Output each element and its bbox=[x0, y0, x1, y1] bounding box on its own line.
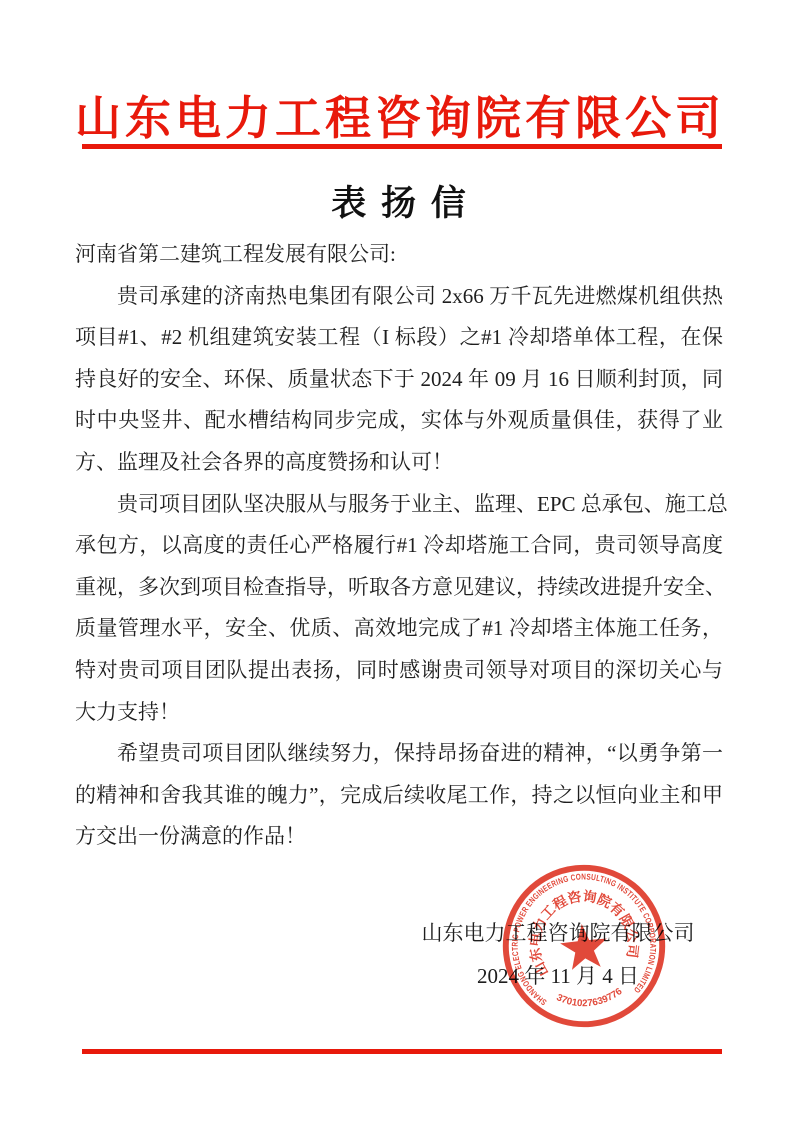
para-2-line: 特对贵司项目团队提出表扬，同时感谢贵司领导对项目的深切关心与 bbox=[75, 650, 723, 692]
document-title: 表 扬 信 bbox=[0, 176, 800, 226]
para-3-line: 方交出一份满意的作品！ bbox=[75, 816, 723, 858]
para-2-line: 大力支持！ bbox=[75, 692, 723, 734]
letterhead-title: 山东电力工程咨询院有限公司 bbox=[0, 82, 800, 148]
para-1-line: 时中央竖井、配水槽结构同步完成，实体与外观质量俱佳，获得了业 bbox=[75, 400, 723, 442]
footer-rule bbox=[82, 1049, 722, 1054]
recipient-line: 河南省第二建筑工程发展有限公司: bbox=[75, 234, 723, 276]
para-2-line: 重视，多次到项目检查指导，听取各方意见建议，持续改进提升安全、 bbox=[75, 567, 723, 609]
letter-page: 山东电力工程咨询院有限公司 表 扬 信 河南省第二建筑工程发展有限公司:贵司承建… bbox=[0, 0, 800, 1136]
para-2-line: 承包方，以高度的责任心严格履行#1 冷却塔施工合同，贵司领导高度 bbox=[75, 525, 723, 567]
para-1-line: 持良好的安全、环保、质量状态下于 2024 年 09 月 16 日顺利封顶，同 bbox=[75, 359, 723, 401]
para-3-line: 的精神和舍我其谁的魄力”，完成后续收尾工作，持之以恒向业主和甲 bbox=[75, 775, 723, 817]
para-3-line: 希望贵司项目团队继续努力，保持昂扬奋进的精神，“以勇争第一 bbox=[75, 733, 723, 775]
star-icon bbox=[558, 922, 609, 971]
official-seal-stamp: SHANDONG ELECTRIC POWER ENGINEERING CONS… bbox=[499, 861, 669, 1031]
letter-body: 河南省第二建筑工程发展有限公司:贵司承建的济南热电集团有限公司 2x66 万千瓦… bbox=[75, 234, 723, 858]
para-1-line: 方、监理及社会各界的高度赞扬和认可！ bbox=[75, 442, 723, 484]
para-2-line: 贵司项目团队坚决服从与服务于业主、监理、EPC 总承包、施工总 bbox=[75, 484, 723, 526]
para-1-line: 项目#1、#2 机组建筑安装工程（I 标段）之#1 冷却塔单体工程，在保 bbox=[75, 317, 723, 359]
para-2-line: 质量管理水平，安全、优质、高效地完成了#1 冷却塔主体施工任务， bbox=[75, 608, 723, 650]
para-1-line: 贵司承建的济南热电集团有限公司 2x66 万千瓦先进燃煤机组供热 bbox=[75, 276, 723, 318]
seal-number: 3701027639776 bbox=[554, 985, 626, 1012]
header-rule bbox=[82, 144, 722, 149]
